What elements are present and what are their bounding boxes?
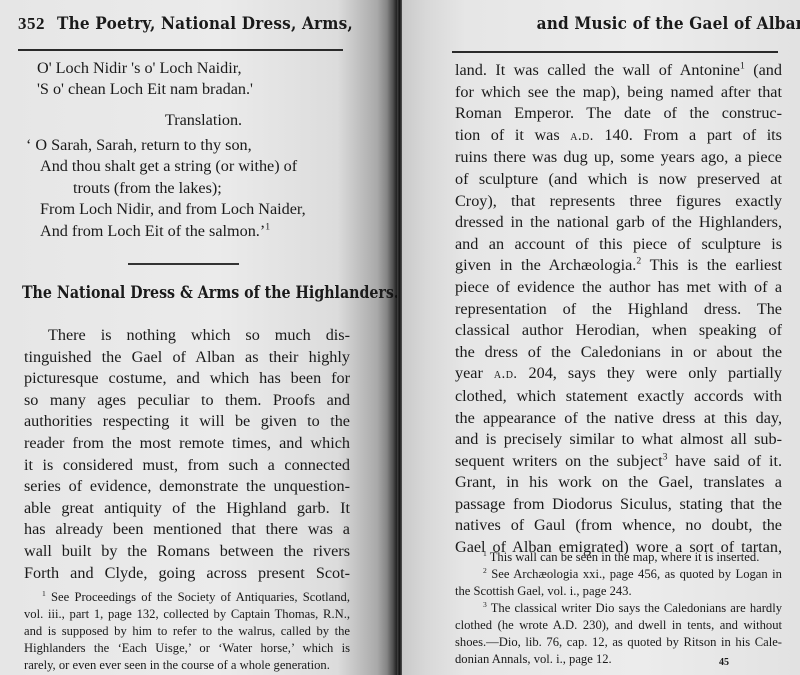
text-line: and an account of this piece of sculptur… — [455, 234, 782, 256]
text-run: 204, says they were only partially — [517, 364, 782, 382]
translation-heading: Translation. — [0, 111, 397, 130]
text-run: clothed, which statement exactly accords… — [455, 387, 782, 405]
text-run: year — [455, 364, 494, 382]
text-run: ruins there was dug up, some years ago, … — [455, 148, 782, 166]
verse-line: And from Loch Eit of the salmon.’1 — [26, 221, 306, 242]
text-line: so many ages peculiar to them. Proofs an… — [24, 390, 350, 412]
text-run: have said of it. — [667, 452, 782, 470]
text-line: natives of Gaul (from whence, no doubt, … — [455, 515, 782, 537]
text-line: has already been mentioned that there wa… — [24, 519, 350, 541]
text-line: tion of it was a.d. 140. From a part of … — [455, 125, 782, 148]
right-body-text: land. It was called the wall of Antonine… — [455, 60, 782, 559]
text-run: and is precisely similar to what almost … — [455, 430, 782, 448]
text-run: Roman Emperor. The date of the construc- — [455, 104, 782, 122]
text-line: picturesque costume, and which has been … — [24, 368, 350, 390]
text-line: the dress of the Caledonians in or about… — [455, 342, 782, 364]
text-run: tion of it was — [455, 126, 570, 144]
text-line: year a.d. 204, says they were only parti… — [455, 363, 782, 386]
text-line: There is nothing which so much dis- — [24, 325, 350, 347]
text-line: Grant, in his work on the Gael, translat… — [455, 472, 782, 494]
text-line: able great antiquity of the Highland gar… — [24, 498, 350, 520]
text-run: 140. From a part of its — [594, 126, 782, 144]
footnote-line: shoes.—Dio, lib. 76, cap. 12, as quoted … — [455, 634, 782, 651]
text-run: for which see the map), being named afte… — [455, 83, 782, 101]
running-head-title-right: and Music of the Gael of Alban. — [537, 14, 800, 34]
verse-line: 'S o' chean Loch Eit nam bradan.' — [37, 79, 253, 100]
text-line: for which see the map), being named afte… — [455, 82, 782, 104]
text-run: a.d. — [494, 366, 518, 382]
text-run: (and — [745, 61, 782, 79]
text-line: dressed in the national garb of the High… — [455, 212, 782, 234]
footnote-line: 1 See Proceedings of the Society of Anti… — [24, 589, 350, 606]
footnote-text: See Archæologia xxi., page 456, as quote… — [491, 567, 782, 581]
translation-verse: ‘ O Sarah, Sarah, return to thy son, And… — [26, 135, 306, 242]
text-run: sequent writers on the subject — [455, 452, 663, 470]
footnote-line: vol. iii., part 1, page 132, collected b… — [24, 606, 350, 623]
text-line: given in the Archæologia.2 This is the e… — [455, 255, 782, 277]
text-line: it is considered must, from such a conne… — [24, 455, 350, 477]
footnote-marker: 2 — [483, 566, 487, 575]
text-run: piece of evidence the author has met wit… — [455, 278, 782, 296]
footnote-line: rarely, or even ever seen in the course … — [24, 657, 350, 674]
verse-line: ‘ O Sarah, Sarah, return to thy son, — [26, 135, 306, 156]
footnote-text: The classical writer Dio says the Caledo… — [491, 601, 782, 615]
text-line: tinguished the Gael of Alban as their hi… — [24, 347, 350, 369]
verse-line: trouts (from the lakes); — [26, 178, 306, 199]
text-line: of sculpture (and which is now preserved… — [455, 169, 782, 191]
text-run: Croy), that represents three figures exa… — [455, 192, 782, 210]
footnote-line: 2 See Archæologia xxi., page 456, as quo… — [455, 566, 782, 583]
text-run: the dress of the Caledonians in or about… — [455, 343, 782, 361]
text-line: land. It was called the wall of Antonine… — [455, 60, 782, 82]
text-run: land. It was called the wall of Antonine — [455, 61, 740, 79]
text-run: the appearance of the native dress at th… — [455, 409, 782, 427]
footnote-marker: 1 — [483, 549, 487, 558]
text-run: Grant, in his work on the Gael, translat… — [455, 473, 782, 491]
right-running-head: and Music of the Gael of Alban. 353 — [506, 14, 800, 40]
text-line: classical author Herodian, when speaking… — [455, 320, 782, 342]
footnote-marker: 1 — [42, 589, 46, 598]
text-line: wall built by the Romans between the riv… — [24, 541, 350, 563]
text-line: ruins there was dug up, some years ago, … — [455, 147, 782, 169]
footnote-ref: 1 — [265, 221, 270, 232]
text-line: clothed, which statement exactly accords… — [455, 386, 782, 408]
text-run: given in the Archæologia. — [455, 256, 636, 274]
text-run: representation of the Highland dress. Th… — [455, 300, 782, 318]
footnote-line: clothed (he wrote A.D. 230), and dwell i… — [455, 617, 782, 634]
left-footnotes: 1 See Proceedings of the Society of Anti… — [24, 589, 350, 674]
left-body-text: There is nothing which so much dis- ting… — [24, 325, 350, 584]
gaelic-verse: O' Loch Nidir 's o' Loch Naidir, 'S o' c… — [37, 58, 253, 100]
text-line: reader from the most remote times, and w… — [24, 433, 350, 455]
page-number-left: 352 — [18, 14, 45, 34]
signature-mark: 45 — [719, 657, 729, 668]
footnote-line: 3 The classical writer Dio says the Cale… — [455, 600, 782, 617]
text-run: dressed in the national garb of the High… — [455, 213, 782, 231]
footnote-line: 1 This wall can be seen in the map, wher… — [455, 549, 782, 566]
text-line: passage from Diodorus Siculus, stating t… — [455, 494, 782, 516]
text-run: passage from Diodorus Siculus, stating t… — [455, 495, 782, 513]
left-page: 352 The Poetry, National Dress, Arms, O'… — [0, 0, 397, 675]
text-line: and is precisely similar to what almost … — [455, 429, 782, 451]
page-edge-shadow — [387, 0, 397, 675]
text-line: Forth and Clyde, going across present Sc… — [24, 563, 350, 585]
footnote-line: the Scottish Gael, vol. i., page 243. — [455, 583, 782, 600]
text-line: piece of evidence the author has met wit… — [455, 277, 782, 299]
text-line: series of evidence, demonstrate the unqu… — [24, 476, 350, 498]
text-run: and an account of this piece of sculptur… — [455, 235, 782, 253]
header-rule-left — [18, 49, 343, 51]
text-line: the appearance of the native dress at th… — [455, 408, 782, 430]
text-line: authorities respecting it will be given … — [24, 411, 350, 433]
left-running-head: 352 The Poetry, National Dress, Arms, — [18, 14, 386, 40]
text-run: of sculpture (and which is now preserved… — [455, 170, 782, 188]
header-rule-right — [452, 51, 778, 53]
verse-line: From Loch Nidir, and from Loch Naider, — [26, 199, 306, 220]
footnote-line: Highlanders the ‘Each Uisge,’ or ‘Water … — [24, 640, 350, 657]
text-line: sequent writers on the subject3 have sai… — [455, 451, 782, 473]
footnote-line: donian Annals, vol. i., page 12. — [455, 651, 782, 668]
footnote-line: and is supposed by him to refer to the w… — [24, 623, 350, 640]
footnote-text: See Proceedings of the Society of Antiqu… — [51, 590, 350, 604]
text-run: a.d. — [570, 128, 594, 144]
text-run: natives of Gaul (from whence, no doubt, … — [455, 516, 782, 534]
book-spread: 352 The Poetry, National Dress, Arms, O'… — [0, 0, 800, 675]
verse-line: O' Loch Nidir 's o' Loch Naidir, — [37, 58, 253, 79]
verse-text: And from Loch Eit of the salmon.’ — [40, 222, 265, 240]
text-line: Croy), that represents three figures exa… — [455, 191, 782, 213]
running-head-title-left: The Poetry, National Dress, Arms, — [57, 14, 353, 34]
section-heading: The National Dress & Arms of the Highlan… — [22, 283, 306, 302]
verse-line: And thou shalt get a string (or withe) o… — [26, 156, 306, 177]
footnote-marker: 3 — [483, 600, 487, 609]
text-run: This is the earliest — [641, 256, 782, 274]
footnote-text: This wall can be seen in the map, where … — [490, 550, 760, 564]
right-footnotes: 1 This wall can be seen in the map, wher… — [455, 549, 782, 668]
right-page: and Music of the Gael of Alban. 353 land… — [402, 0, 800, 675]
section-divider — [128, 263, 239, 265]
text-line: Roman Emperor. The date of the construc- — [455, 103, 782, 125]
text-run: classical author Herodian, when speaking… — [455, 321, 782, 339]
text-line: representation of the Highland dress. Th… — [455, 299, 782, 321]
